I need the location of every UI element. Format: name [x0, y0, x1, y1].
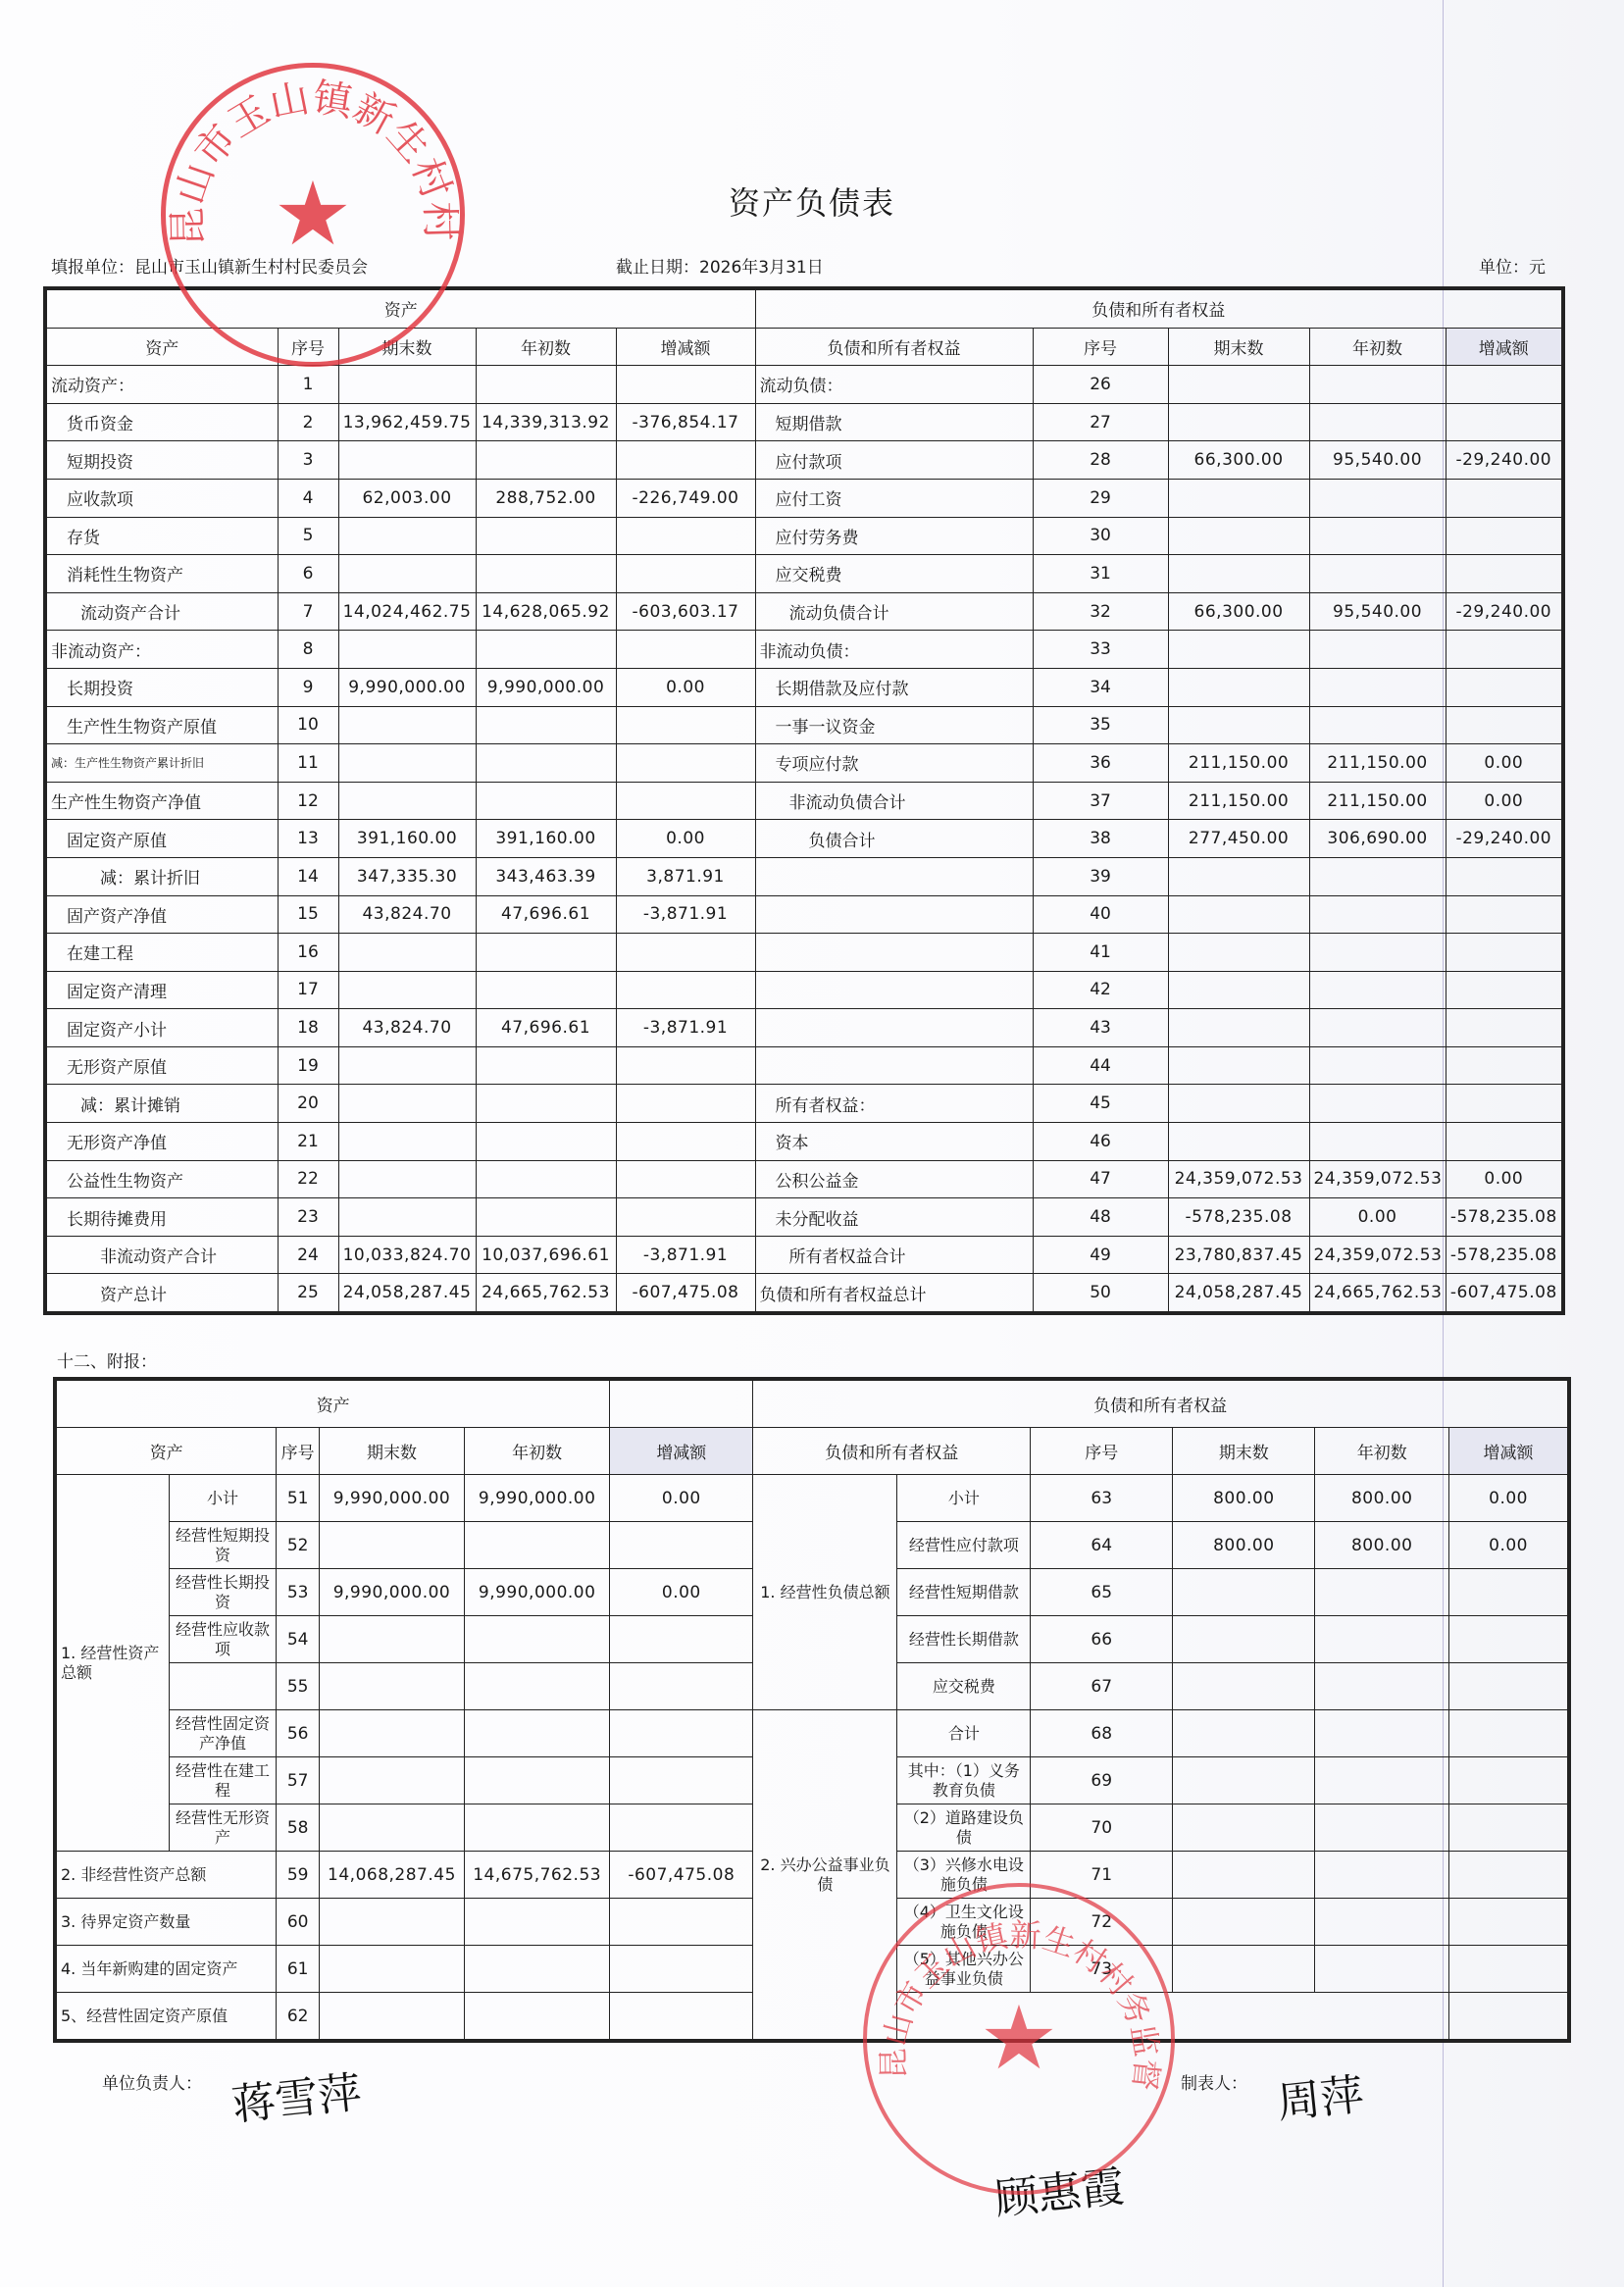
asset-diff-value — [616, 366, 755, 404]
asset-end-value: 9,990,000.00 — [319, 1475, 464, 1522]
liability-row-no: 50 — [1033, 1274, 1168, 1313]
asset-begin-value: 14,628,065.92 — [476, 592, 616, 631]
liability-begin-value — [1315, 1616, 1449, 1663]
liability-end-value — [1173, 1710, 1315, 1757]
liability-row-no: 68 — [1031, 1710, 1173, 1757]
liabilities-group-header: 负债和所有者权益 — [755, 288, 1563, 328]
liability-row-no: 34 — [1033, 668, 1168, 706]
asset-name: 非流动资产合计 — [45, 1236, 278, 1274]
liability-name: 资本 — [755, 1123, 1033, 1161]
liability-diff-value: -578,235.08 — [1446, 1236, 1563, 1274]
asset-diff-value: 0.00 — [610, 1569, 753, 1616]
reporting-unit-value: 昆山市玉山镇新生村村民委员会 — [134, 258, 368, 278]
liability-begin-value: 800.00 — [1315, 1522, 1449, 1569]
liability-end-value — [1168, 706, 1309, 744]
asset-diff-value — [610, 1993, 753, 2042]
liability-diff-value — [1449, 1899, 1569, 1946]
asset-begin-value — [476, 1160, 616, 1198]
liability-diff-value — [1449, 1569, 1569, 1616]
table-row: 无形资产净值21资本46 — [45, 1123, 1563, 1161]
liability-begin-value — [1309, 1123, 1446, 1161]
liability-row-no: 72 — [1031, 1899, 1173, 1946]
liability-diff-value — [1446, 1123, 1563, 1161]
liability-begin-value — [1309, 517, 1446, 555]
asset-end-value — [338, 1160, 476, 1198]
blank-cell — [610, 1379, 753, 1428]
asset-diff-value — [616, 1160, 755, 1198]
liability-name: 未分配收益 — [755, 1198, 1033, 1237]
asset-row-no: 22 — [278, 1160, 338, 1198]
asset-end-value — [319, 1993, 464, 2042]
liability-row-no: 70 — [1031, 1804, 1173, 1852]
asset-begin-value — [465, 1993, 610, 2042]
table-row: 消耗性生物资产6应交税费31 — [45, 555, 1563, 593]
asset-begin-value: 14,339,313.92 — [476, 403, 616, 441]
asset-begin-value — [476, 517, 616, 555]
liability-name: （2）道路建设负债 — [897, 1804, 1031, 1852]
document-title: 资产负债表 — [0, 178, 1624, 224]
liability-diff-value — [1446, 479, 1563, 517]
liability-row-no: 39 — [1033, 857, 1168, 895]
table-row: 在建工程1641 — [45, 934, 1563, 972]
liability-begin-value: 211,150.00 — [1309, 782, 1446, 820]
liability-diff-value — [1446, 857, 1563, 895]
asset-row-no: 56 — [277, 1710, 320, 1757]
asset-row-no: 19 — [278, 1046, 338, 1085]
liability-diff-value — [1449, 1616, 1569, 1663]
col-header-liability: 负债和所有者权益 — [755, 328, 1033, 366]
liability-name: 应付劳务费 — [755, 517, 1033, 555]
asset-diff-value: -3,871.91 — [616, 1236, 755, 1274]
asset-diff-value — [616, 706, 755, 744]
asset-end-value — [338, 1198, 476, 1237]
asset-row-no: 62 — [277, 1993, 320, 2042]
asset-name: 长期待摊费用 — [45, 1198, 278, 1237]
asset-row-no: 13 — [278, 820, 338, 858]
liability-begin-value: 24,359,072.53 — [1309, 1236, 1446, 1274]
liability-diff-value — [1449, 1757, 1569, 1804]
asset-diff-value — [616, 934, 755, 972]
liability-end-value: 66,300.00 — [1168, 592, 1309, 631]
asset-diff-value — [616, 1198, 755, 1237]
asset-end-value — [338, 782, 476, 820]
asset-name: 经营性无形资产 — [169, 1804, 277, 1852]
table-row: 存货5应付劳务费30 — [45, 517, 1563, 555]
asset-name: 货币资金 — [45, 403, 278, 441]
liability-row-no: 29 — [1033, 479, 1168, 517]
liability-begin-value — [1309, 555, 1446, 593]
asset-diff-value: -603,603.17 — [616, 592, 755, 631]
reporting-unit: 填报单位：昆山市玉山镇新生村村民委员会 — [51, 253, 368, 278]
liability-diff-value — [1446, 1085, 1563, 1123]
asset-row-no: 23 — [278, 1198, 338, 1237]
liability-row-no: 49 — [1033, 1236, 1168, 1274]
asset-end-value: 347,335.30 — [338, 857, 476, 895]
liability-diff-value: -29,240.00 — [1446, 441, 1563, 480]
blank-cell — [897, 1993, 1449, 2042]
asset-row-no: 1 — [278, 366, 338, 404]
table-row: 无形资产原值1944 — [45, 1046, 1563, 1085]
liability-diff-value — [1446, 895, 1563, 934]
asset-end-value — [319, 1710, 464, 1757]
liability-row-no: 45 — [1033, 1085, 1168, 1123]
liability-end-value — [1168, 1009, 1309, 1047]
liability-row-no: 28 — [1033, 441, 1168, 480]
asset-begin-value: 288,752.00 — [476, 479, 616, 517]
liability-row-no: 33 — [1033, 631, 1168, 669]
asset-name: 长期投资 — [45, 668, 278, 706]
liability-begin-value — [1315, 1852, 1449, 1899]
liability-end-value — [1173, 1852, 1315, 1899]
column-header-row: 资产 序号 期末数 年初数 增减额 负债和所有者权益 序号 期末数 年初数 增减… — [45, 328, 1563, 366]
liability-diff-value — [1446, 555, 1563, 593]
liability-name: 所有者权益合计 — [755, 1236, 1033, 1274]
liability-row-no: 65 — [1031, 1569, 1173, 1616]
liability-name — [755, 934, 1033, 972]
asset-end-value — [338, 1046, 476, 1085]
liability-end-value — [1173, 1804, 1315, 1852]
liability-row-no: 47 — [1033, 1160, 1168, 1198]
asset-end-value: 43,824.70 — [338, 895, 476, 934]
asset-row-no: 61 — [277, 1946, 320, 1993]
supervisor-signature: 顾惠霞 — [991, 2151, 1127, 2226]
blank-cell — [1449, 1993, 1569, 2042]
liability-begin-value — [1309, 403, 1446, 441]
asset-row-no: 5 — [278, 517, 338, 555]
col-header-liability: 负债和所有者权益 — [753, 1428, 1031, 1475]
table-row: 流动资产合计714,024,462.7514,628,065.92-603,60… — [45, 592, 1563, 631]
liability-end-value: 277,450.00 — [1168, 820, 1309, 858]
asset-name: 经营性短期投资 — [169, 1522, 277, 1569]
asset-end-value — [319, 1946, 464, 1993]
asset-begin-value — [476, 1085, 616, 1123]
asset-row-no: 54 — [277, 1616, 320, 1663]
preparer-signature: 周萍 — [1274, 2059, 1366, 2131]
asset-row-no: 6 — [278, 555, 338, 593]
asset-row-no: 15 — [278, 895, 338, 934]
currency-unit: 单位：元 — [1479, 253, 1546, 278]
asset-end-value: 9,990,000.00 — [319, 1569, 464, 1616]
asset-name: 在建工程 — [45, 934, 278, 972]
asset-name: 生产性生物资产净值 — [45, 782, 278, 820]
table-row: 非流动资产合计2410,033,824.7010,037,696.61-3,87… — [45, 1236, 1563, 1274]
liability-name: （5）其他兴办公益事业负债 — [897, 1946, 1031, 1993]
asset-begin-value — [476, 366, 616, 404]
asset-end-value: 391,160.00 — [338, 820, 476, 858]
liability-row-no: 42 — [1033, 971, 1168, 1009]
liability-row-no: 27 — [1033, 403, 1168, 441]
liability-name: 经营性短期借款 — [897, 1569, 1031, 1616]
liability-row-no: 36 — [1033, 744, 1168, 783]
asset-diff-value: 0.00 — [610, 1475, 753, 1522]
liability-name: 应交税费 — [755, 555, 1033, 593]
table-row: 减：累计摊销20所有者权益：45 — [45, 1085, 1563, 1123]
liability-diff-value: 0.00 — [1446, 1160, 1563, 1198]
asset-begin-value: 47,696.61 — [476, 1009, 616, 1047]
table-row: 固定资产原值13391,160.00391,160.000.00负债合计3827… — [45, 820, 1563, 858]
group-header-row: 资产 负债和所有者权益 — [45, 288, 1563, 328]
asset-name: 短期投资 — [45, 441, 278, 480]
asset-name: 无形资产原值 — [45, 1046, 278, 1085]
supplement-body: 资产负债和所有者权益资产序号期末数年初数增减额负债和所有者权益序号期末数年初数增… — [55, 1379, 1569, 2041]
liability-end-value — [1168, 517, 1309, 555]
liability-name: 应付工资 — [755, 479, 1033, 517]
col-header-begin: 年初数 — [465, 1428, 610, 1475]
liability-name: 小计 — [897, 1475, 1031, 1522]
liability-name: （3）兴修水电设施负债 — [897, 1852, 1031, 1899]
asset-begin-value: 9,990,000.00 — [476, 668, 616, 706]
liability-end-value: 800.00 — [1173, 1475, 1315, 1522]
asset-end-value — [338, 517, 476, 555]
asset-name: 固定资产清理 — [45, 971, 278, 1009]
asset-begin-value: 9,990,000.00 — [465, 1569, 610, 1616]
asset-name: 固定资产小计 — [45, 1009, 278, 1047]
col-header-end: 期末数 — [338, 328, 476, 366]
asset-row-no: 60 — [277, 1899, 320, 1946]
liability-begin-value — [1309, 934, 1446, 972]
asset-row-no: 17 — [278, 971, 338, 1009]
asset-begin-value — [476, 1198, 616, 1237]
asset-name: 减：生产性生物资产累计折旧 — [45, 744, 278, 783]
asset-diff-value — [610, 1757, 753, 1804]
liability-row-no: 43 — [1033, 1009, 1168, 1047]
table-row: 生产性生物资产原值10一事一议资金35 — [45, 706, 1563, 744]
preparer-label: 制表人： — [1181, 2069, 1247, 2094]
asset-row-no: 57 — [277, 1757, 320, 1804]
table-row: 经营性固定资产净值562. 兴办公益事业负债合计68 — [55, 1710, 1569, 1757]
liability-name: 非流动负债： — [755, 631, 1033, 669]
asset-diff-value: -607,475.08 — [610, 1852, 753, 1899]
asset-begin-value — [476, 706, 616, 744]
asset-name — [169, 1663, 277, 1710]
supplement-section-title: 十二、附报： — [57, 1347, 157, 1372]
asset-diff-value: -226,749.00 — [616, 479, 755, 517]
liability-diff-value: -578,235.08 — [1446, 1198, 1563, 1237]
asset-row-no: 59 — [277, 1852, 320, 1899]
liability-begin-value — [1315, 1663, 1449, 1710]
liability-end-value — [1168, 403, 1309, 441]
asset-diff-value — [616, 971, 755, 1009]
liabilities-group-header: 负债和所有者权益 — [753, 1379, 1569, 1428]
liability-diff-value — [1446, 631, 1563, 669]
asset-row-no: 10 — [278, 706, 338, 744]
col-header-end: 期末数 — [319, 1428, 464, 1475]
asset-diff-value: -3,871.91 — [616, 895, 755, 934]
table-row: 固产资产净值1543,824.7047,696.61-3,871.9140 — [45, 895, 1563, 934]
cutoff-date-value: 2026年3月31日 — [699, 258, 824, 278]
liability-begin-value — [1315, 1757, 1449, 1804]
liability-row-no: 44 — [1033, 1046, 1168, 1085]
table-row: 固定资产小计1843,824.7047,696.61-3,871.9143 — [45, 1009, 1563, 1047]
asset-end-value: 10,033,824.70 — [338, 1236, 476, 1274]
liability-name: 短期借款 — [755, 403, 1033, 441]
liability-begin-value — [1309, 1085, 1446, 1123]
liability-begin-value — [1309, 668, 1446, 706]
asset-begin-value: 343,463.39 — [476, 857, 616, 895]
asset-name: 经营性应收款项 — [169, 1616, 277, 1663]
liability-diff-value — [1446, 1046, 1563, 1085]
reporting-unit-label: 填报单位： — [51, 258, 134, 278]
liability-end-value: 23,780,837.45 — [1168, 1236, 1309, 1274]
asset-row-no: 24 — [278, 1236, 338, 1274]
table-row: 资产负债和所有者权益 — [55, 1379, 1569, 1428]
asset-diff-value — [610, 1899, 753, 1946]
table-row: 公益性生物资产22公积公益金4724,359,072.5324,359,072.… — [45, 1160, 1563, 1198]
liability-diff-value: 0.00 — [1446, 782, 1563, 820]
liability-diff-value — [1446, 366, 1563, 404]
asset-name: 消耗性生物资产 — [45, 555, 278, 593]
table-row: 长期投资99,990,000.009,990,000.000.00长期借款及应付… — [45, 668, 1563, 706]
asset-begin-value: 10,037,696.61 — [476, 1236, 616, 1274]
liability-begin-value — [1309, 631, 1446, 669]
col-header-no: 序号 — [1031, 1428, 1173, 1475]
asset-name: 2. 非经营性资产总额 — [55, 1852, 277, 1899]
asset-name: 应收款项 — [45, 479, 278, 517]
asset-end-value: 14,068,287.45 — [319, 1852, 464, 1899]
liability-end-value: -578,235.08 — [1168, 1198, 1309, 1237]
col-header-asset: 资产 — [45, 328, 278, 366]
liability-end-value: 24,359,072.53 — [1168, 1160, 1309, 1198]
liability-name: 专项应付款 — [755, 744, 1033, 783]
asset-end-value: 24,058,287.45 — [338, 1274, 476, 1313]
asset-row-no: 8 — [278, 631, 338, 669]
asset-diff-value — [610, 1710, 753, 1757]
asset-name: 经营性长期投资 — [169, 1569, 277, 1616]
asset-name: 资产总计 — [45, 1274, 278, 1313]
asset-row-no: 51 — [277, 1475, 320, 1522]
operating-assets-group-label: 1. 经营性资产总额 — [55, 1475, 169, 1852]
asset-row-no: 21 — [278, 1123, 338, 1161]
asset-begin-value — [465, 1804, 610, 1852]
liability-end-value — [1173, 1616, 1315, 1663]
liability-begin-value — [1309, 479, 1446, 517]
liability-begin-value: 0.00 — [1309, 1198, 1446, 1237]
liability-row-no: 69 — [1031, 1757, 1173, 1804]
table-row: 减：累计折旧14347,335.30343,463.393,871.9139 — [45, 857, 1563, 895]
asset-diff-value: -607,475.08 — [616, 1274, 755, 1313]
asset-end-value — [338, 971, 476, 1009]
asset-diff-value — [616, 555, 755, 593]
liability-row-no: 41 — [1033, 934, 1168, 972]
asset-begin-value — [476, 441, 616, 480]
assets-group-header: 资产 — [55, 1379, 610, 1428]
liability-end-value — [1173, 1569, 1315, 1616]
asset-end-value — [319, 1804, 464, 1852]
asset-end-value: 62,003.00 — [338, 479, 476, 517]
liability-name — [755, 1009, 1033, 1047]
unit-head-signature: 蒋雪萍 — [228, 2057, 364, 2132]
col-header-no: 序号 — [1033, 328, 1168, 366]
liability-end-value — [1173, 1663, 1315, 1710]
asset-begin-value — [476, 1046, 616, 1085]
liability-begin-value — [1309, 857, 1446, 895]
asset-begin-value — [465, 1757, 610, 1804]
liability-diff-value: 0.00 — [1449, 1475, 1569, 1522]
liability-row-no: 48 — [1033, 1198, 1168, 1237]
asset-name: 非流动资产： — [45, 631, 278, 669]
asset-row-no: 3 — [278, 441, 338, 480]
liability-name: 合计 — [897, 1710, 1031, 1757]
liability-row-no: 37 — [1033, 782, 1168, 820]
asset-name: 3. 待界定资产数量 — [55, 1899, 277, 1946]
table-row: 1. 经营性资产总额小计519,990,000.009,990,000.000.… — [55, 1475, 1569, 1522]
liability-begin-value: 95,540.00 — [1309, 592, 1446, 631]
liability-begin-value — [1315, 1804, 1449, 1852]
liability-diff-value — [1449, 1946, 1569, 1993]
asset-end-value: 9,990,000.00 — [338, 668, 476, 706]
liability-row-no: 71 — [1031, 1852, 1173, 1899]
asset-begin-value: 24,665,762.53 — [476, 1274, 616, 1313]
asset-diff-value: 0.00 — [616, 820, 755, 858]
asset-end-value — [338, 441, 476, 480]
liability-begin-value: 211,150.00 — [1309, 744, 1446, 783]
asset-name: 固产资产净值 — [45, 895, 278, 934]
table-row: 流动资产：1流动负债：26 — [45, 366, 1563, 404]
liability-diff-value — [1449, 1663, 1569, 1710]
table-row: 短期投资3应付款项2866,300.0095,540.00-29,240.00 — [45, 441, 1563, 480]
liability-begin-value: 95,540.00 — [1309, 441, 1446, 480]
asset-name: 4. 当年新购建的固定资产 — [55, 1946, 277, 1993]
col-header-diff: 增减额 — [610, 1428, 753, 1475]
liability-end-value — [1168, 971, 1309, 1009]
liability-end-value — [1168, 1046, 1309, 1085]
asset-begin-value: 14,675,762.53 — [465, 1852, 610, 1899]
liability-end-value — [1168, 555, 1309, 593]
col-header-diff: 增减额 — [616, 328, 755, 366]
asset-row-no: 55 — [277, 1663, 320, 1710]
liability-row-no: 31 — [1033, 555, 1168, 593]
asset-row-no: 4 — [278, 479, 338, 517]
liability-name: 经营性长期借款 — [897, 1616, 1031, 1663]
liability-begin-value — [1315, 1946, 1449, 1993]
col-header-end: 期末数 — [1173, 1428, 1315, 1475]
asset-name: 减：累计摊销 — [45, 1085, 278, 1123]
liability-name — [755, 857, 1033, 895]
scanned-page: 资产负债表 填报单位：昆山市玉山镇新生村村民委员会 截止日期：2026年3月31… — [0, 0, 1624, 2287]
liability-name: 公积公益金 — [755, 1160, 1033, 1198]
asset-diff-value: 3,871.91 — [616, 857, 755, 895]
asset-name: 减：累计折旧 — [45, 857, 278, 895]
liability-end-value — [1168, 857, 1309, 895]
asset-diff-value — [616, 1046, 755, 1085]
liability-diff-value: 0.00 — [1446, 744, 1563, 783]
table-row: 资产总计2524,058,287.4524,665,762.53-607,475… — [45, 1274, 1563, 1313]
liability-diff-value — [1446, 403, 1563, 441]
asset-diff-value: -376,854.17 — [616, 403, 755, 441]
liability-end-value: 66,300.00 — [1168, 441, 1309, 480]
liability-diff-value — [1446, 517, 1563, 555]
liability-row-no: 73 — [1031, 1946, 1173, 1993]
asset-row-no: 18 — [278, 1009, 338, 1047]
asset-begin-value: 9,990,000.00 — [465, 1475, 610, 1522]
asset-row-no: 2 — [278, 403, 338, 441]
table-row: 固定资产清理1742 — [45, 971, 1563, 1009]
liability-end-value — [1173, 1899, 1315, 1946]
col-header-begin: 年初数 — [1309, 328, 1446, 366]
asset-row-no: 12 — [278, 782, 338, 820]
liability-row-no: 63 — [1031, 1475, 1173, 1522]
asset-row-no: 20 — [278, 1085, 338, 1123]
asset-row-no: 52 — [277, 1522, 320, 1569]
liability-name: 经营性应付款项 — [897, 1522, 1031, 1569]
col-header-end: 期末数 — [1168, 328, 1309, 366]
table-row: 生产性生物资产净值12非流动负债合计37211,150.00211,150.00… — [45, 782, 1563, 820]
asset-end-value: 13,962,459.75 — [338, 403, 476, 441]
liability-diff-value: -607,475.08 — [1446, 1274, 1563, 1313]
asset-row-no: 53 — [277, 1569, 320, 1616]
liability-end-value — [1168, 668, 1309, 706]
asset-diff-value — [610, 1522, 753, 1569]
